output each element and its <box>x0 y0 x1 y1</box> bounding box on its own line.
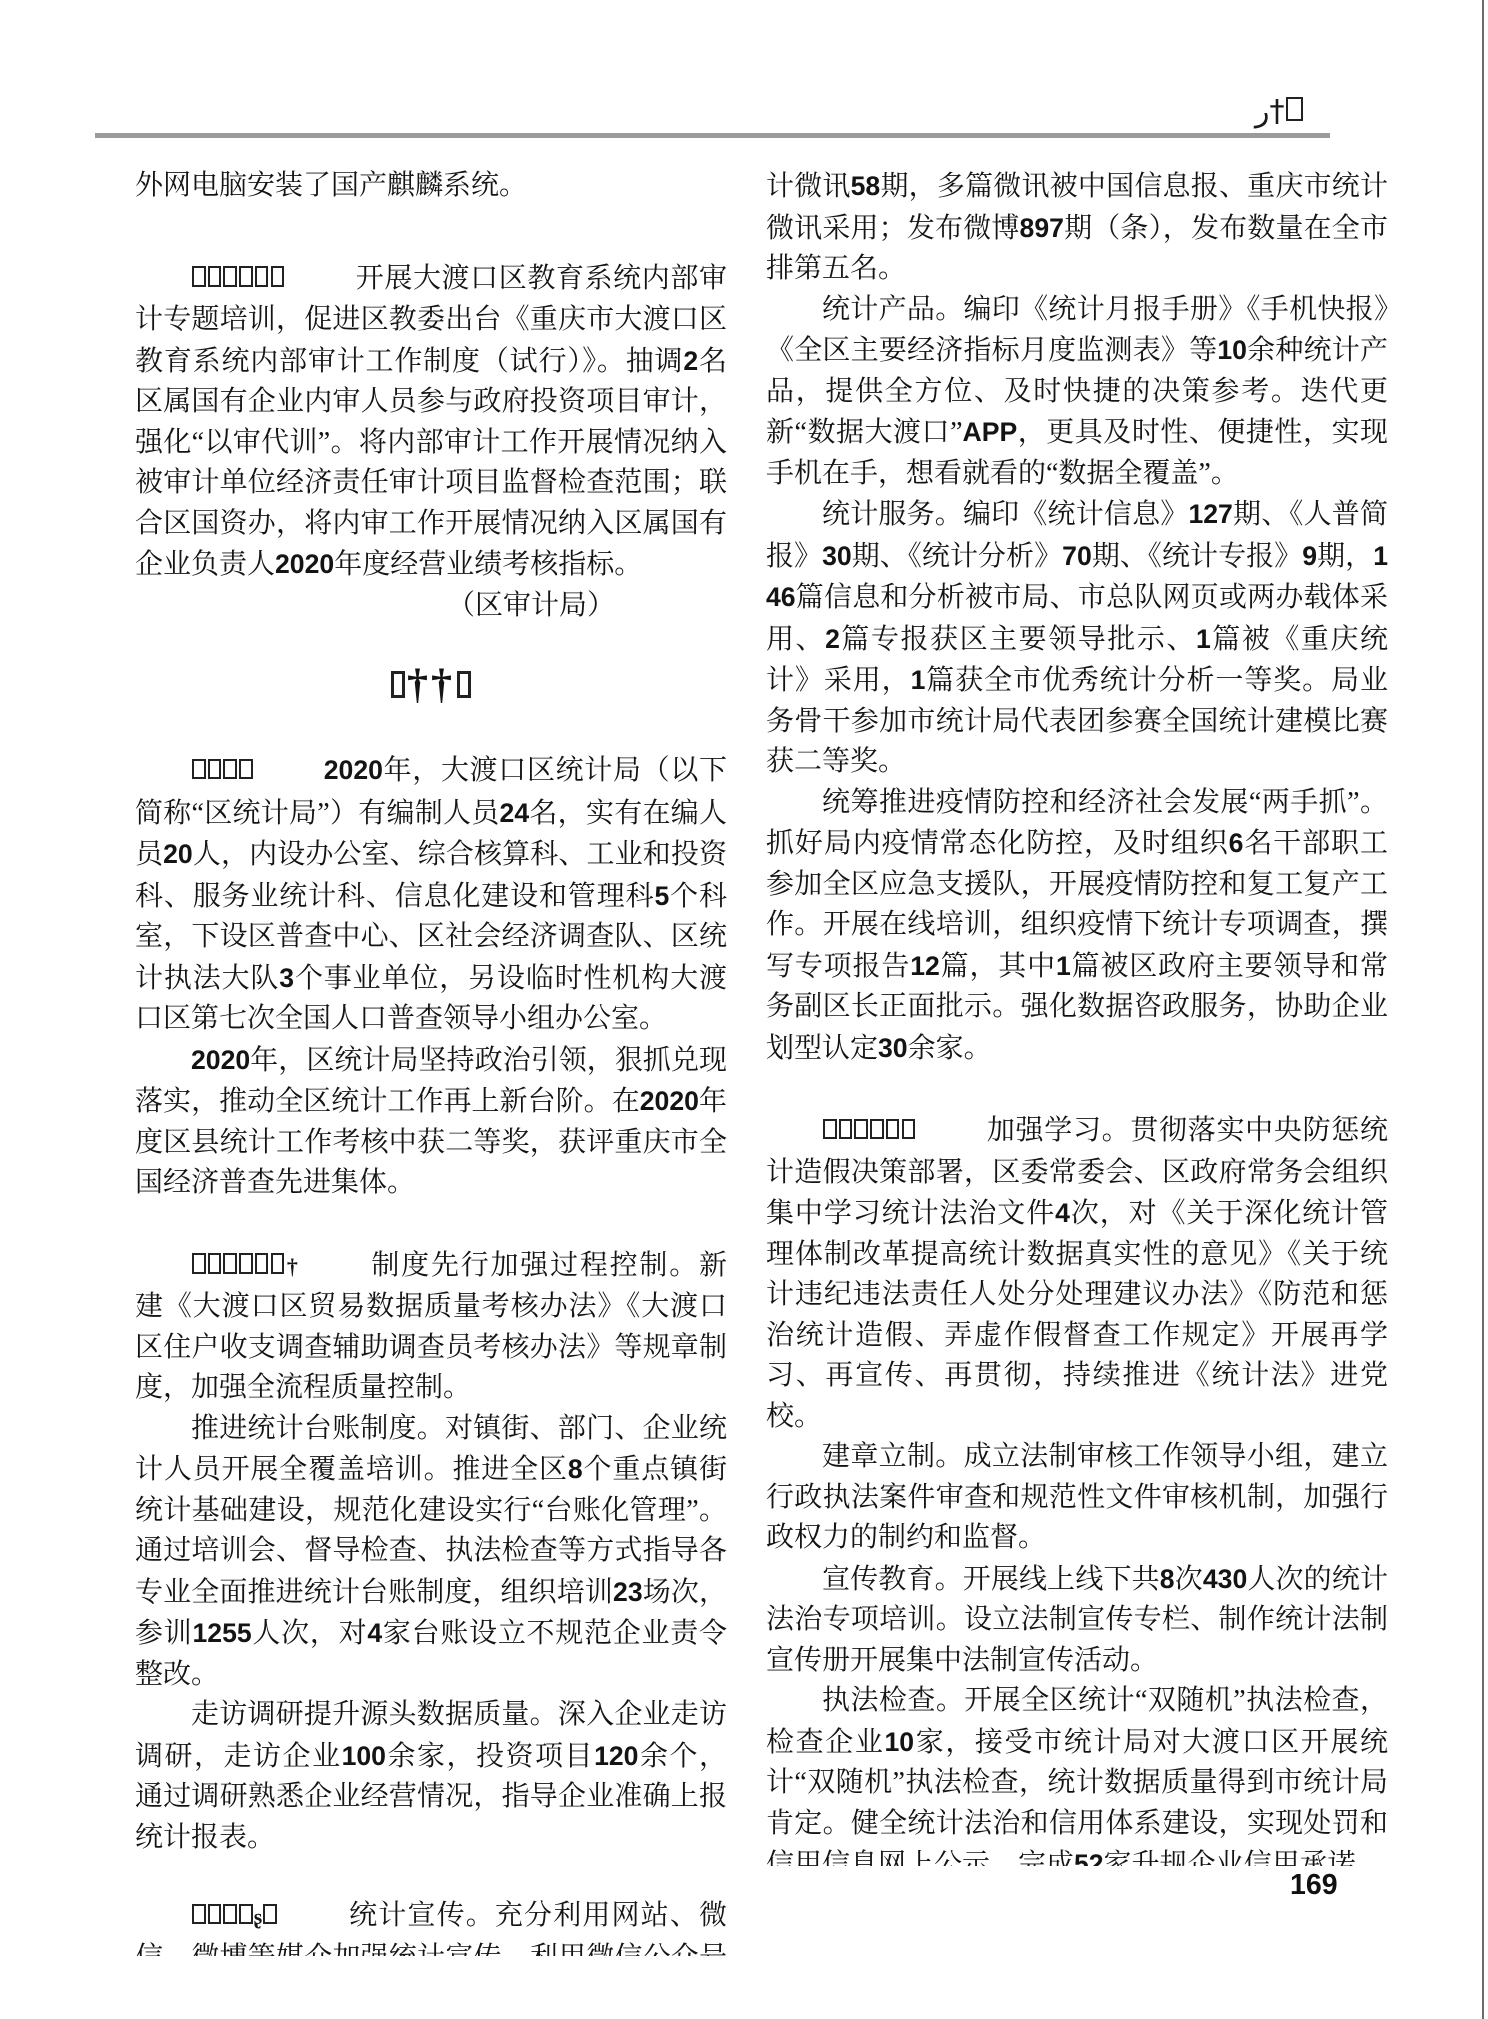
missing-glyph-box <box>223 1904 237 1924</box>
latin-run: 3 <box>279 963 294 993</box>
paragraph: 外网电脑安装了国产麒麟系统。 <box>135 166 727 207</box>
missing-glyph-box <box>263 1904 277 1924</box>
latin-run: 9 <box>1302 541 1317 571</box>
latin-run: 20 <box>163 839 193 869</box>
missing-glyph-box <box>192 1253 206 1273</box>
paragraph: 统计服务。编印《统计信息》127期、《人普简报》30期、《统计分析》70期、《统… <box>766 494 1388 783</box>
latin-run: 12 <box>910 951 940 981</box>
latin-run: 4 <box>1055 1198 1070 1228</box>
entry-term: ʂ <box>191 1905 278 1929</box>
latin-run: 23 <box>613 1577 643 1607</box>
paragraph: 推进统计台账制度。对镇街、部门、企业统计人员开展全覆盖培训。推进全区8个重点镇街… <box>135 1409 727 1696</box>
entry-text: 加强学习。贯彻落实中央防惩统计造假决策部署，区委常委会、区政府常务会组织集中学习… <box>766 1115 1388 1432</box>
latin-run: 30 <box>822 541 852 571</box>
latin-run: 24 <box>500 798 530 828</box>
latin-run: 8 <box>568 1454 583 1484</box>
latin-run: 30 <box>878 1033 908 1063</box>
paragraph: ʂ统计宣传。充分利用网站、微信、微博等媒介加强统计宣传，利用微信公众号发布统 <box>135 1896 727 1956</box>
paragraph: 开展大渡口区教育系统内部审计专题培训，促进区教委出台《重庆市大渡口区教育系统内部… <box>135 259 727 586</box>
missing-glyph-box <box>239 1253 253 1273</box>
yearbook-page: ر† 外网电脑安装了国产麒麟系统。 开展大渡口区教育系统内部审计专题培训，促进区… <box>0 0 1488 2019</box>
missing-glyph-box <box>870 1119 884 1139</box>
entry-text: 开展大渡口区教育系统内部审计专题培训，促进区教委出台《重庆市大渡口区教育系统内部… <box>135 263 727 581</box>
latin-run: 2020 <box>275 549 334 579</box>
missing-glyph-box <box>208 266 222 286</box>
missing-glyph-box <box>239 1904 253 1924</box>
missing-glyph-box <box>208 759 222 779</box>
entry-text: 2020年，大渡口区统计局（以下简称“区统计局”）有编制人员24名，实有在编人员… <box>135 755 727 1034</box>
page-number: 169 <box>1290 1868 1338 1902</box>
missing-glyph-box <box>208 1253 222 1273</box>
missing-glyph-box <box>823 1119 837 1139</box>
left-column: 外网电脑安装了国产麒麟系统。 开展大渡口区教育系统内部审计专题培训，促进区教委出… <box>135 166 727 1956</box>
entry-term <box>191 268 285 292</box>
right-column: 计微讯58期，多篇微讯被中国信息报、重庆市统计微讯采用；发布微博897期（条），… <box>766 166 1388 1866</box>
section-heading: †† <box>135 660 727 710</box>
missing-glyph-box <box>192 759 206 779</box>
latin-run: 5 <box>654 881 669 911</box>
missing-glyph-box <box>223 266 237 286</box>
page-header-mark: ر† <box>1255 94 1304 129</box>
latin-run: 10 <box>884 1727 914 1757</box>
latin-run: 10 <box>1217 335 1247 365</box>
missing-glyph-box <box>223 759 237 779</box>
paragraph: 走访调研提升源头数据质量。深入企业走访调研，走访企业100余家，投资项目120余… <box>135 1695 727 1858</box>
entry-term <box>822 1120 916 1144</box>
missing-glyph-box <box>854 1119 868 1139</box>
latin-run: 127 <box>1188 499 1232 529</box>
entry-term: † <box>191 1255 300 1279</box>
paragraph: 2020年，大渡口区统计局（以下简称“区统计局”）有编制人员24名，实有在编人员… <box>135 750 727 1040</box>
entry-term <box>191 760 254 784</box>
latin-run: 100 <box>342 1741 386 1771</box>
page-edge-line <box>1482 0 1484 2019</box>
paragraph: 执法检查。开展全区统计“双随机”执法检查，检查企业10家，接受市统计局对大渡口区… <box>766 1681 1388 1866</box>
paragraph: †制度先行加强过程控制。新建《大渡口区贸易数据质量考核办法》《大渡口区住户收支调… <box>135 1246 727 1409</box>
missing-glyph-box <box>886 1119 900 1139</box>
missing-glyph-box <box>223 1253 237 1273</box>
missing-glyph-box <box>255 266 269 286</box>
paragraph: 加强学习。贯彻落实中央防惩统计造假决策部署，区委常委会、区政府常务会组织集中学习… <box>766 1111 1388 1437</box>
latin-run: 1 <box>1056 951 1071 981</box>
latin-run: 1 <box>1196 624 1211 654</box>
missing-glyph-box <box>208 1904 222 1924</box>
paragraph: 宣传教育。开展线上线下共8次430人次的统计法治专项培训。设立法制宣传专栏、制作… <box>766 1559 1388 1682</box>
latin-run: 58 <box>851 171 881 201</box>
latin-run: 2020 <box>640 1086 699 1116</box>
missing-glyph-box <box>271 266 285 286</box>
latin-run: 2 <box>683 346 698 376</box>
header-rule <box>95 133 1330 138</box>
missing-glyph-box <box>192 266 206 286</box>
latin-run: 1255 <box>192 1618 251 1648</box>
latin-run: 1 <box>911 665 926 695</box>
missing-glyph-box <box>192 1904 206 1924</box>
missing-glyph-box <box>271 1253 285 1273</box>
latin-run: 430 <box>1203 1564 1247 1594</box>
latin-run: APP <box>963 417 1018 447</box>
missing-glyph-box <box>839 1119 853 1139</box>
missing-glyph-box <box>391 671 405 698</box>
missing-glyph-box <box>255 1253 269 1273</box>
missing-glyph-box <box>239 266 253 286</box>
department-signature: （区审计局） <box>135 586 727 627</box>
latin-run: 169 <box>1290 1869 1338 1901</box>
latin-run: 6 <box>1229 828 1244 858</box>
paragraph: 统筹推进疫情防控和经济社会发展“两手抓”。抓好局内疫情常态化防控，及时组织6名干… <box>766 783 1388 1070</box>
paragraph: 2020年，区统计局坚持政治引领，狠抓兑现落实，推动全区统计工作再上新台阶。在2… <box>135 1040 727 1204</box>
missing-glyph-box <box>1286 97 1303 121</box>
latin-run: 52 <box>1074 1849 1104 1866</box>
paragraph: 计微讯58期，多篇微讯被中国信息报、重庆市统计微讯采用；发布微博897期（条），… <box>766 166 1388 290</box>
latin-run: 2020 <box>191 1045 250 1075</box>
paragraph: 建章立制。成立法制审核工作领导小组，建立行政执法案件审查和规范性文件审核机制，加… <box>766 1437 1388 1559</box>
latin-run: 897 <box>1020 213 1064 243</box>
latin-run: 4 <box>367 1618 382 1648</box>
missing-glyph-box <box>902 1119 916 1139</box>
latin-run: 2 <box>825 624 840 654</box>
latin-run: 120 <box>594 1741 638 1771</box>
missing-glyph-box <box>239 759 253 779</box>
paragraph: 统计产品。编印《统计月报手册》《手机快报》《全区主要经济指标月度监测表》等10余… <box>766 290 1388 495</box>
latin-run: 8 <box>1160 1564 1175 1594</box>
missing-glyph-box <box>457 671 471 698</box>
latin-run: 70 <box>1062 541 1092 571</box>
latin-run: 2020 <box>324 755 383 785</box>
